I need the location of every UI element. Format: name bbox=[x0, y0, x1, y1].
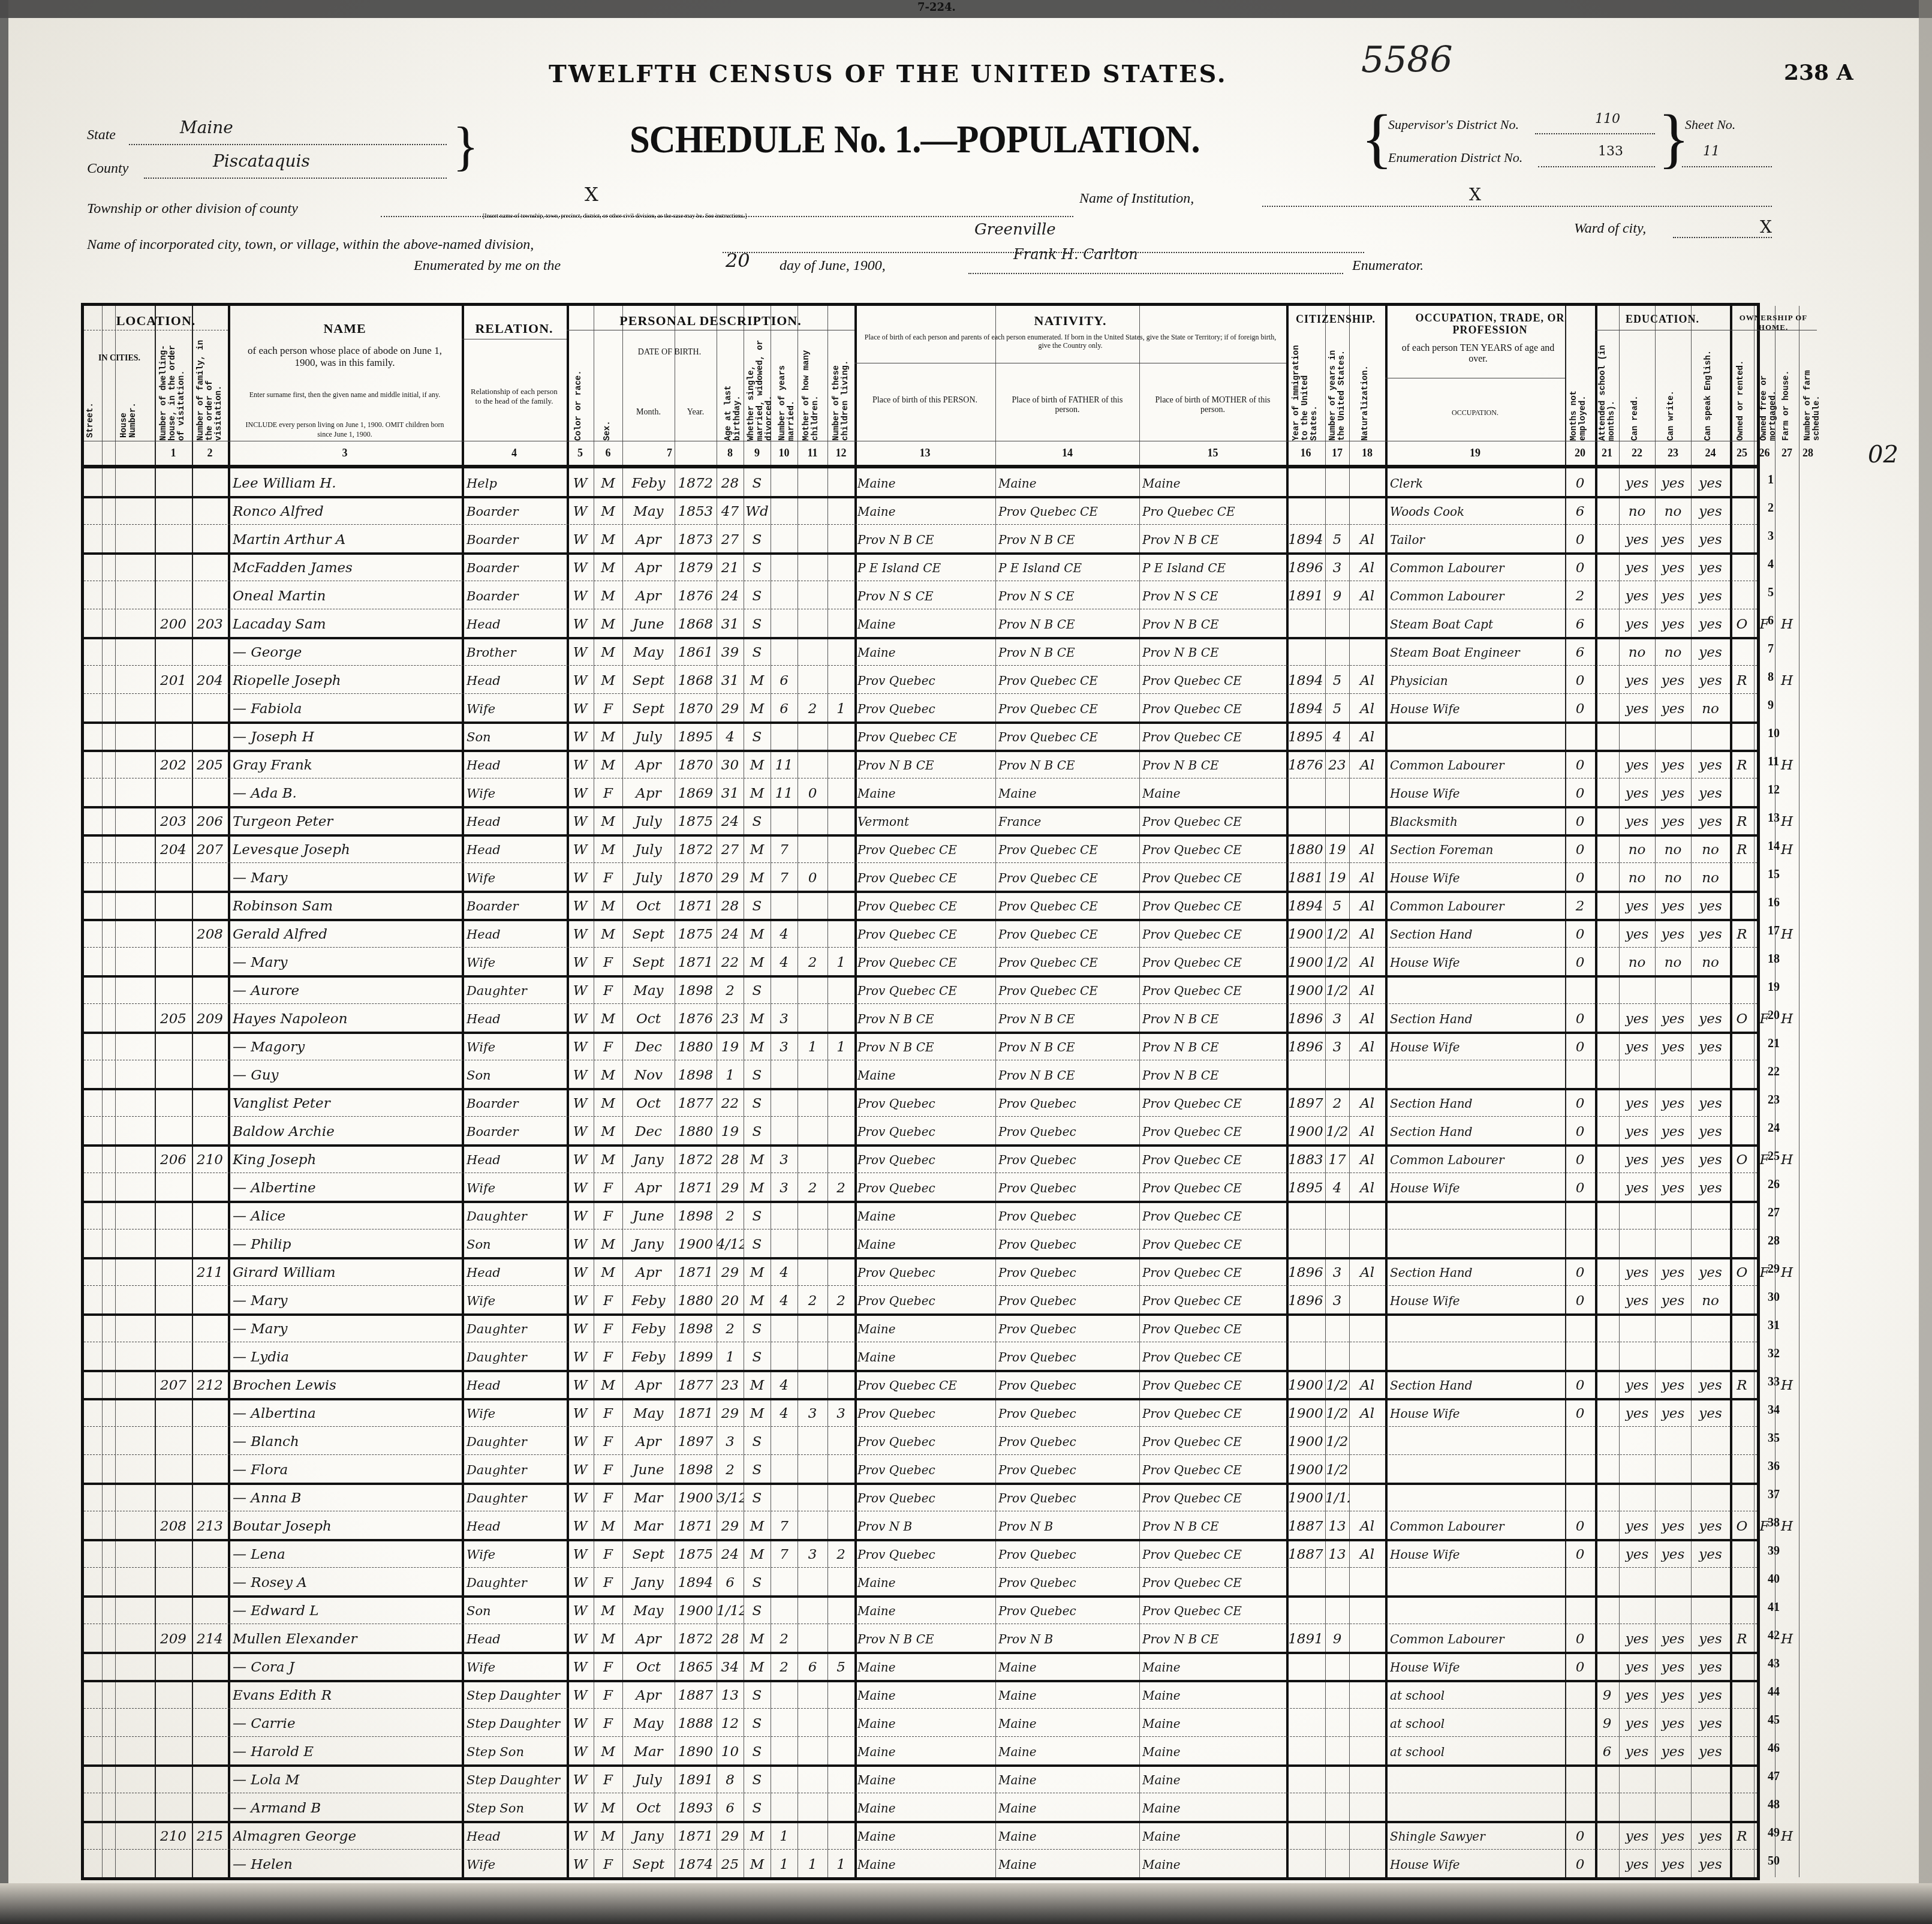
colnum-26: 26 bbox=[1754, 447, 1775, 459]
enumerated-day: 20 bbox=[726, 249, 750, 272]
cell-cl bbox=[827, 669, 854, 693]
cell-sch bbox=[1595, 1204, 1619, 1228]
table-row: — LydiaDaughterWFFeby18991SMaineProv Que… bbox=[84, 1343, 1757, 1371]
cell-year: 1894 bbox=[675, 1571, 717, 1595]
cell-eng: yes bbox=[1691, 1035, 1730, 1059]
cell-year: 1869 bbox=[675, 781, 717, 805]
cell-eng: yes bbox=[1691, 1120, 1730, 1144]
cell-cl bbox=[827, 641, 854, 665]
cell-yus bbox=[1325, 500, 1349, 524]
cell-year: 1875 bbox=[675, 922, 717, 946]
colnum-17: 17 bbox=[1325, 447, 1349, 459]
cell-name: Ronco Alfred bbox=[233, 500, 461, 524]
cell-write bbox=[1655, 1599, 1691, 1623]
cell-own bbox=[1730, 1402, 1754, 1426]
cell-imm bbox=[1286, 1063, 1325, 1087]
cell-sex: F bbox=[594, 1486, 622, 1510]
cell-year: 1893 bbox=[675, 1796, 717, 1820]
cell-yus: 1/2 bbox=[1325, 922, 1349, 946]
cell-sex: M bbox=[594, 1148, 622, 1172]
cell-nat bbox=[1349, 1740, 1385, 1764]
cell-eng: yes bbox=[1691, 528, 1730, 552]
cell-pobm: Prov Quebec CE bbox=[1142, 1176, 1286, 1200]
cell-mu: 0 bbox=[1565, 753, 1595, 777]
cell-age: 31 bbox=[717, 669, 744, 693]
table-row: — HelenWifeWFSept187425M111MaineMaineMai… bbox=[84, 1850, 1757, 1878]
colnum-18: 18 bbox=[1349, 447, 1385, 459]
cell-mu: 6 bbox=[1565, 641, 1595, 665]
cell-pob: Maine bbox=[857, 1740, 995, 1764]
cell-age: 13 bbox=[717, 1683, 744, 1707]
cell-imm: 1900 bbox=[1286, 922, 1325, 946]
cell-fam: 213 bbox=[192, 1514, 228, 1538]
cell-imm: 1876 bbox=[1286, 753, 1325, 777]
cell-ym bbox=[771, 1712, 798, 1736]
cell-read: yes bbox=[1619, 894, 1655, 918]
cell-ym: 4 bbox=[771, 922, 798, 946]
cell-yus: 1/2 bbox=[1325, 1458, 1349, 1482]
cell-dw bbox=[155, 528, 192, 552]
cell-name: Gerald Alfred bbox=[233, 922, 461, 946]
cell-pobm: Prov Quebec CE bbox=[1142, 1599, 1286, 1623]
table-row: — GeorgeBrotherWMMay186139SMaineProv N B… bbox=[84, 638, 1757, 666]
vheader-marital: Whether single, married, widowed, or div… bbox=[747, 336, 774, 441]
cell-month: Apr bbox=[622, 1683, 675, 1707]
cell-read: yes bbox=[1619, 584, 1655, 608]
cell-write bbox=[1655, 1430, 1691, 1454]
cell-farm bbox=[1775, 471, 1799, 495]
cell-own: R bbox=[1730, 810, 1754, 834]
cell-age: 29 bbox=[717, 697, 744, 721]
cell-sch bbox=[1595, 1486, 1619, 1510]
cell-pobm: Prov Quebec CE bbox=[1142, 1373, 1286, 1397]
cell-dw bbox=[155, 1740, 192, 1764]
cell-occ: House Wife bbox=[1390, 866, 1565, 890]
cell-dw: 205 bbox=[155, 1007, 192, 1031]
cell-yus bbox=[1325, 781, 1349, 805]
cell-color: W bbox=[567, 922, 594, 946]
cell-fam: 208 bbox=[192, 922, 228, 946]
cell-ym: 4 bbox=[771, 1261, 798, 1285]
cell-rel: Daughter bbox=[467, 1486, 565, 1510]
cell-dw: 209 bbox=[155, 1627, 192, 1651]
cell-month: Feby bbox=[622, 1317, 675, 1341]
cell-nat: Al bbox=[1349, 1007, 1385, 1031]
cell-name: — Mary bbox=[233, 1317, 461, 1341]
cell-ms: S bbox=[744, 725, 771, 749]
cell-name: — Cora J bbox=[233, 1655, 461, 1679]
cell-fam bbox=[192, 979, 228, 1003]
table-row: 200203Lacaday SamHeadWMJune186831SMaineP… bbox=[84, 610, 1757, 638]
cell-year: 1879 bbox=[675, 556, 717, 580]
rule bbox=[1385, 378, 1565, 378]
cell-pobm: Prov N S CE bbox=[1142, 584, 1286, 608]
cell-year: 1861 bbox=[675, 641, 717, 665]
cell-yus: 4 bbox=[1325, 1176, 1349, 1200]
cell-eng: yes bbox=[1691, 500, 1730, 524]
cell-month: Feby bbox=[622, 1289, 675, 1313]
row-number: 12 bbox=[1768, 783, 1780, 797]
enumerator-line bbox=[968, 267, 1343, 274]
cell-dw bbox=[155, 1063, 192, 1087]
cell-read bbox=[1619, 1063, 1655, 1087]
cell-own bbox=[1730, 1599, 1754, 1623]
cell-eng: yes bbox=[1691, 584, 1730, 608]
cell-read: yes bbox=[1619, 1824, 1655, 1848]
cell-rel: Daughter bbox=[467, 1458, 565, 1482]
cell-sch bbox=[1595, 1373, 1619, 1397]
cell-pob: Maine bbox=[857, 1204, 995, 1228]
cell-rel: Head bbox=[467, 810, 565, 834]
cell-eng bbox=[1691, 1232, 1730, 1256]
cell-ym bbox=[771, 1683, 798, 1707]
cell-year: 1875 bbox=[675, 1543, 717, 1567]
row-number: 48 bbox=[1768, 1798, 1780, 1812]
cell-color: W bbox=[567, 1853, 594, 1877]
cell-ms: M bbox=[744, 1655, 771, 1679]
cell-cl bbox=[827, 1571, 854, 1595]
cell-name: Boutar Joseph bbox=[233, 1514, 461, 1538]
cell-dw bbox=[155, 1655, 192, 1679]
cell-write bbox=[1655, 1458, 1691, 1482]
cell-yus: 3 bbox=[1325, 1289, 1349, 1313]
cell-occ bbox=[1390, 979, 1565, 1003]
cell-month: Apr bbox=[622, 1261, 675, 1285]
cell-own bbox=[1730, 725, 1754, 749]
cell-own bbox=[1730, 979, 1754, 1003]
cell-sch bbox=[1595, 1627, 1619, 1651]
cell-occ bbox=[1390, 1204, 1565, 1228]
cell-cl bbox=[827, 1063, 854, 1087]
header-name-instr2: INCLUDE every person living on June 1, 1… bbox=[243, 420, 447, 439]
cell-read: yes bbox=[1619, 528, 1655, 552]
cell-age: 29 bbox=[717, 866, 744, 890]
row-number: 17 bbox=[1768, 924, 1780, 938]
cell-age: 39 bbox=[717, 641, 744, 665]
cell-ym bbox=[771, 979, 798, 1003]
cell-cl bbox=[827, 528, 854, 552]
cell-age: 24 bbox=[717, 1543, 744, 1567]
cell-read: yes bbox=[1619, 1627, 1655, 1651]
cell-dw bbox=[155, 556, 192, 580]
cell-occ: Section Hand bbox=[1390, 1373, 1565, 1397]
cell-mu: 0 bbox=[1565, 1627, 1595, 1651]
rule bbox=[462, 339, 567, 339]
cell-mu: 0 bbox=[1565, 1543, 1595, 1567]
cell-nat bbox=[1349, 500, 1385, 524]
cell-age: 28 bbox=[717, 471, 744, 495]
cell-color: W bbox=[567, 1092, 594, 1116]
cell-pobf: Prov Quebec bbox=[998, 1430, 1139, 1454]
cell-write bbox=[1655, 1768, 1691, 1792]
cell-rel: Head bbox=[467, 922, 565, 946]
cell-dw bbox=[155, 1599, 192, 1623]
cell-yus: 1/12 bbox=[1325, 1486, 1349, 1510]
cell-own: O bbox=[1730, 1261, 1754, 1285]
header-pob-mother: Place of birth of MOTHER of this person. bbox=[1145, 396, 1280, 415]
enumerated-label: Enumerated by me on the bbox=[414, 258, 561, 274]
cell-rel: Daughter bbox=[467, 1571, 565, 1595]
cell-color: W bbox=[567, 1204, 594, 1228]
cell-occ: House Wife bbox=[1390, 1176, 1565, 1200]
cell-fam bbox=[192, 1204, 228, 1228]
cell-sex: M bbox=[594, 810, 622, 834]
cell-fam bbox=[192, 1232, 228, 1256]
cell-month: Apr bbox=[622, 1430, 675, 1454]
cell-eng: yes bbox=[1691, 894, 1730, 918]
cell-name: Mullen Elexander bbox=[233, 1627, 461, 1651]
cell-imm: 1900 bbox=[1286, 1402, 1325, 1426]
cell-read: yes bbox=[1619, 471, 1655, 495]
cell-imm bbox=[1286, 1345, 1325, 1369]
sheet-label: Sheet No. bbox=[1685, 117, 1735, 133]
cell-sex: M bbox=[594, 753, 622, 777]
cell-nat: Al bbox=[1349, 528, 1385, 552]
cell-pob: Prov Quebec bbox=[857, 1261, 995, 1285]
cell-age: 2 bbox=[717, 1204, 744, 1228]
cell-pobm: Maine bbox=[1142, 1768, 1286, 1792]
cell-own: R bbox=[1730, 1824, 1754, 1848]
table-row: — MaryWifeWFFeby188020M422Prov QuebecPro… bbox=[84, 1286, 1757, 1315]
cell-moc bbox=[798, 556, 827, 580]
cell-pob: Prov N B CE bbox=[857, 528, 995, 552]
cell-rel: Head bbox=[467, 1148, 565, 1172]
cell-cl bbox=[827, 838, 854, 862]
cell-moc bbox=[798, 500, 827, 524]
table-row: Vanglist PeterBoarderWMOct187722SProv Qu… bbox=[84, 1089, 1757, 1117]
cell-name: — Albertine bbox=[233, 1176, 461, 1200]
cell-write: yes bbox=[1655, 810, 1691, 834]
cell-sex: M bbox=[594, 725, 622, 749]
cell-year: 1899 bbox=[675, 1345, 717, 1369]
cell-pobm: Prov Quebec CE bbox=[1142, 1289, 1286, 1313]
county-line bbox=[144, 170, 447, 179]
cell-pobm: Prov Quebec CE bbox=[1142, 951, 1286, 975]
cell-nat bbox=[1349, 1430, 1385, 1454]
cell-pobf: Prov Quebec bbox=[998, 1571, 1139, 1595]
cell-write: yes bbox=[1655, 612, 1691, 636]
cell-pob: Prov N S CE bbox=[857, 584, 995, 608]
cell-nat bbox=[1349, 781, 1385, 805]
cell-mu: 0 bbox=[1565, 1655, 1595, 1679]
row-rule bbox=[84, 1229, 1757, 1229]
cell-ms: S bbox=[744, 894, 771, 918]
cell-mu bbox=[1565, 1599, 1595, 1623]
cell-fam: 206 bbox=[192, 810, 228, 834]
cell-nat bbox=[1349, 1204, 1385, 1228]
row-rule bbox=[84, 609, 1757, 609]
cell-dw bbox=[155, 1853, 192, 1877]
cell-read: yes bbox=[1619, 556, 1655, 580]
cell-read: yes bbox=[1619, 669, 1655, 693]
cell-mu bbox=[1565, 1486, 1595, 1510]
table-row: Evans Edith RStep DaughterWFApr188713SMa… bbox=[84, 1681, 1757, 1709]
table-row: — AlbertineWifeWFApr187129M322Prov Quebe… bbox=[84, 1174, 1757, 1202]
cell-moc bbox=[798, 1373, 827, 1397]
cell-read bbox=[1619, 1796, 1655, 1820]
cell-own bbox=[1730, 1035, 1754, 1059]
cell-imm bbox=[1286, 500, 1325, 524]
cell-read: yes bbox=[1619, 1092, 1655, 1116]
cell-rel: Son bbox=[467, 1599, 565, 1623]
cell-month: July bbox=[622, 866, 675, 890]
row-rule bbox=[84, 1173, 1757, 1173]
cell-moc: 0 bbox=[798, 866, 827, 890]
cell-sex: M bbox=[594, 669, 622, 693]
cell-color: W bbox=[567, 528, 594, 552]
cell-moc: 2 bbox=[798, 1176, 827, 1200]
cell-dw: 210 bbox=[155, 1824, 192, 1848]
cell-year: 1871 bbox=[675, 951, 717, 975]
row-rule bbox=[84, 1060, 1757, 1060]
cell-write bbox=[1655, 1486, 1691, 1510]
cell-pobm: Prov N B CE bbox=[1142, 612, 1286, 636]
cell-ms: M bbox=[744, 1514, 771, 1538]
cell-pob: Prov Quebec bbox=[857, 1543, 995, 1567]
cell-yus bbox=[1325, 810, 1349, 834]
cell-write: yes bbox=[1655, 1007, 1691, 1031]
row-number: 31 bbox=[1768, 1319, 1780, 1333]
row-number: 50 bbox=[1768, 1854, 1780, 1868]
vheader-mother-of: Mother of how many children. bbox=[802, 342, 820, 441]
cell-read: yes bbox=[1619, 1261, 1655, 1285]
cell-nat: Al bbox=[1349, 584, 1385, 608]
cell-cl bbox=[827, 1092, 854, 1116]
cell-pobf: Prov Quebec bbox=[998, 1458, 1139, 1482]
cell-nat bbox=[1349, 1683, 1385, 1707]
cell-own bbox=[1730, 500, 1754, 524]
cell-farm bbox=[1775, 556, 1799, 580]
cell-mu: 0 bbox=[1565, 1853, 1595, 1877]
table-row: 203206Turgeon PeterHeadWMJuly187524SVerm… bbox=[84, 807, 1757, 835]
cell-cl bbox=[827, 1204, 854, 1228]
cell-cl bbox=[827, 584, 854, 608]
cell-year: 1868 bbox=[675, 669, 717, 693]
cell-ym: 4 bbox=[771, 951, 798, 975]
cell-ym bbox=[771, 1092, 798, 1116]
cell-pobm: Maine bbox=[1142, 1655, 1286, 1679]
colnum-14: 14 bbox=[995, 447, 1139, 459]
header-dob: DATE OF BIRTH. bbox=[622, 348, 717, 357]
cell-read: yes bbox=[1619, 1655, 1655, 1679]
cell-month: Oct bbox=[622, 1007, 675, 1031]
cell-age: 2 bbox=[717, 1317, 744, 1341]
cell-occ: at school bbox=[1390, 1683, 1565, 1707]
cell-color: W bbox=[567, 471, 594, 495]
cell-read: yes bbox=[1619, 1712, 1655, 1736]
cell-month: Apr bbox=[622, 1627, 675, 1651]
vheader-farm-schedule: Number of farm schedule. bbox=[1804, 336, 1822, 441]
cell-year: 1865 bbox=[675, 1655, 717, 1679]
cell-farm bbox=[1775, 697, 1799, 721]
cell-fam bbox=[192, 641, 228, 665]
cell-dw bbox=[155, 1345, 192, 1369]
cell-fam bbox=[192, 725, 228, 749]
cell-rel: Head bbox=[467, 1261, 565, 1285]
cell-pobm: Pro Quebec CE bbox=[1142, 500, 1286, 524]
cell-ym: 6 bbox=[771, 669, 798, 693]
cell-sch bbox=[1595, 1007, 1619, 1031]
cell-nat bbox=[1349, 1486, 1385, 1510]
cell-dw: 208 bbox=[155, 1514, 192, 1538]
cell-sch bbox=[1595, 1345, 1619, 1369]
cell-pob: Prov Quebec bbox=[857, 1486, 995, 1510]
cell-moc bbox=[798, 1458, 827, 1482]
cell-mu: 0 bbox=[1565, 1120, 1595, 1144]
cell-ym bbox=[771, 528, 798, 552]
state-label: State bbox=[87, 127, 116, 143]
cell-rel: Son bbox=[467, 1063, 565, 1087]
cell-pob: Maine bbox=[857, 1317, 995, 1341]
colnum-24: 24 bbox=[1691, 447, 1730, 459]
supervisor-value: 110 bbox=[1595, 112, 1620, 127]
cell-read bbox=[1619, 1232, 1655, 1256]
cell-occ: Section Hand bbox=[1390, 1007, 1565, 1031]
cell-imm bbox=[1286, 1204, 1325, 1228]
header-occupation-group: OCCUPATION, TRADE, OR PROFESSION bbox=[1385, 312, 1595, 336]
cell-name: Riopelle Joseph bbox=[233, 669, 461, 693]
cell-cl: 1 bbox=[827, 697, 854, 721]
vheader-naturalization: Naturalization. bbox=[1361, 360, 1370, 441]
cell-read: yes bbox=[1619, 1035, 1655, 1059]
cell-pobm: Prov N B CE bbox=[1142, 1063, 1286, 1087]
cell-farm bbox=[1775, 500, 1799, 524]
cell-pobf: Prov Quebec CE bbox=[998, 838, 1139, 862]
cell-sex: F bbox=[594, 1655, 622, 1679]
cell-year: 1877 bbox=[675, 1373, 717, 1397]
cell-ym bbox=[771, 1232, 798, 1256]
cell-read: yes bbox=[1619, 753, 1655, 777]
cell-eng: no bbox=[1691, 838, 1730, 862]
cell-occ: House Wife bbox=[1390, 1655, 1565, 1679]
cell-cl bbox=[827, 1824, 854, 1848]
vheader-school: Attended school (in months). bbox=[1599, 336, 1617, 441]
cell-eng: yes bbox=[1691, 1373, 1730, 1397]
cell-month: Nov bbox=[622, 1063, 675, 1087]
cell-moc bbox=[798, 669, 827, 693]
rule bbox=[84, 330, 228, 330]
cell-name: Oneal Martin bbox=[233, 584, 461, 608]
cell-age: 6 bbox=[717, 1571, 744, 1595]
cell-pob: Maine bbox=[857, 1853, 995, 1877]
cell-imm: 1880 bbox=[1286, 838, 1325, 862]
sheet-value: 11 bbox=[1703, 144, 1720, 159]
cell-fam bbox=[192, 1289, 228, 1313]
cell-pobf: Prov Quebec bbox=[998, 1317, 1139, 1341]
cell-rel: Head bbox=[467, 669, 565, 693]
cell-dw: 200 bbox=[155, 612, 192, 636]
table-row: 208Gerald AlfredHeadWMSept187524M4Prov Q… bbox=[84, 920, 1757, 948]
colnum-15: 15 bbox=[1139, 447, 1286, 459]
cell-age: 29 bbox=[717, 1176, 744, 1200]
cell-own bbox=[1730, 866, 1754, 890]
cell-fam bbox=[192, 528, 228, 552]
row-number: 35 bbox=[1768, 1432, 1780, 1445]
cell-rel: Head bbox=[467, 1007, 565, 1031]
cell-sex: F bbox=[594, 1176, 622, 1200]
cell-cl: 2 bbox=[827, 1176, 854, 1200]
colnum-1: 1 bbox=[155, 447, 192, 459]
cell-imm: 1900 bbox=[1286, 979, 1325, 1003]
cell-year: 1870 bbox=[675, 753, 717, 777]
row-rule bbox=[84, 693, 1757, 694]
cell-year: 1887 bbox=[675, 1683, 717, 1707]
cell-dw bbox=[155, 1402, 192, 1426]
row-number: 37 bbox=[1768, 1488, 1780, 1502]
cell-cl bbox=[827, 866, 854, 890]
cell-age: 30 bbox=[717, 753, 744, 777]
cell-ms: M bbox=[744, 1176, 771, 1200]
